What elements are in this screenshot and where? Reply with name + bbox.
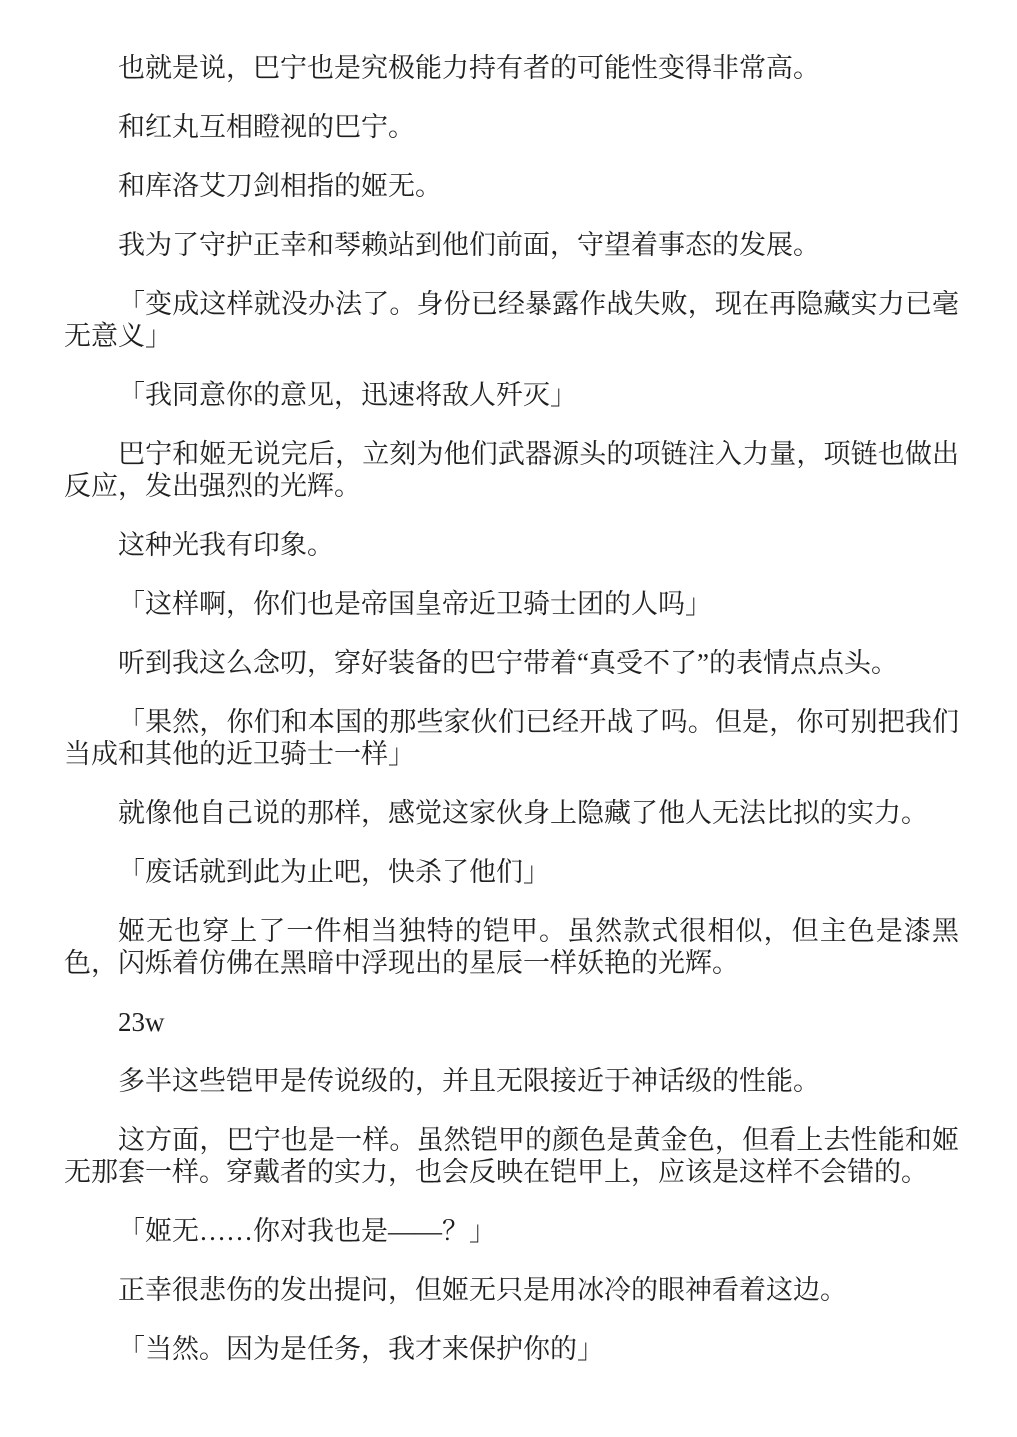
paragraph-dialogue: 「废话就到此为止吧，快杀了他们」 [64, 856, 959, 888]
paragraph-dialogue: 「我同意你的意见，迅速将敌人歼灭」 [64, 379, 959, 411]
paragraph-dialogue: 「变成这样就没办法了。身份已经暴露作战失败，现在再隐藏实力已毫无意义」 [64, 288, 959, 352]
paragraph: 我为了守护正幸和琴赖站到他们前面，守望着事态的发展。 [64, 229, 959, 261]
paragraph: 和红丸互相瞪视的巴宁。 [64, 111, 959, 143]
paragraph-dialogue: 「当然。因为是任务，我才来保护你的」 [64, 1333, 959, 1365]
paragraph: 巴宁和姬无说完后，立刻为他们武器源头的项链注入力量，项链也做出反应，发出强烈的光… [64, 438, 959, 502]
novel-text-page: 也就是说，巴宁也是究极能力持有者的可能性变得非常高。 和红丸互相瞪视的巴宁。 和… [0, 0, 1017, 1437]
paragraph-dialogue: 「这样啊，你们也是帝国皇帝近卫骑士团的人吗」 [64, 588, 959, 620]
paragraph-dialogue: 「果然，你们和本国的那些家伙们已经开战了吗。但是，你可别把我们当成和其他的近卫骑… [64, 706, 959, 770]
paragraph: 这方面，巴宁也是一样。虽然铠甲的颜色是黄金色，但看上去性能和姬无那套一样。穿戴者… [64, 1124, 959, 1188]
paragraph: 和库洛艾刀剑相指的姬无。 [64, 170, 959, 202]
paragraph: 这种光我有印象。 [64, 529, 959, 561]
paragraph: 就像他自己说的那样，感觉这家伙身上隐藏了他人无法比拟的实力。 [64, 797, 959, 829]
paragraph: 也就是说，巴宁也是究极能力持有者的可能性变得非常高。 [64, 52, 959, 84]
paragraph-dialogue: 「姬无……你对我也是——？」 [64, 1215, 959, 1247]
paragraph: 听到我这么念叨，穿好装备的巴宁带着“真受不了”的表情点点头。 [64, 647, 959, 679]
paragraph: 多半这些铠甲是传说级的，并且无限接近于神话级的性能。 [64, 1065, 959, 1097]
word-count-marker: 23w [64, 1006, 959, 1038]
paragraph: 姬无也穿上了一件相当独特的铠甲。虽然款式很相似，但主色是漆黑色，闪烁着仿佛在黑暗… [64, 915, 959, 979]
paragraph: 正幸很悲伤的发出提问，但姬无只是用冰冷的眼神看着这边。 [64, 1274, 959, 1306]
